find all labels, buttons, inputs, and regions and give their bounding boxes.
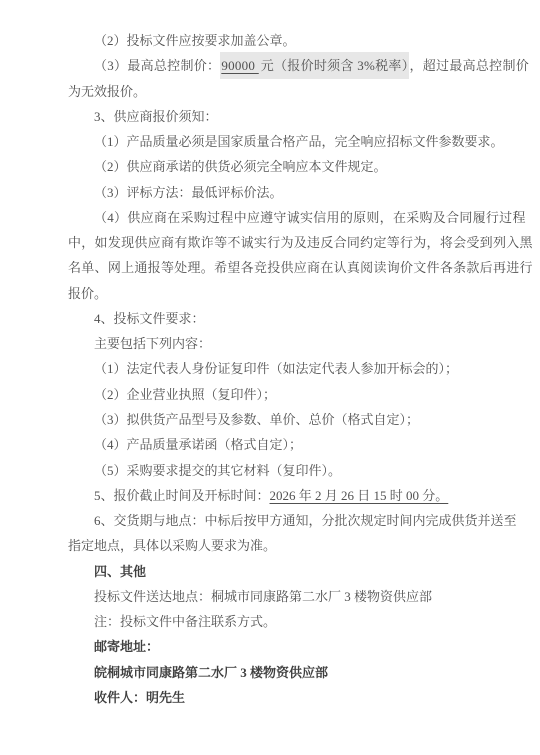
text-line: 名单、网上通报等处理。希望各竞投供应商在认真阅读询价文件各条款后再进行	[68, 255, 534, 280]
text-line: （4）产品质量承诺函（格式自定）；	[68, 432, 534, 457]
text-segment: （1）产品质量必须是国家质量合格产品，完全响应招标文件参数要求。	[94, 134, 504, 149]
text-line: 3、供应商报价须知：	[68, 104, 534, 129]
text-line: 6、交货期与地点：中标后按甲方通知，分批次规定时间内完成供货并送至	[68, 508, 534, 533]
highlighted-text: 元（报价时须含 3%税率）	[260, 52, 410, 79]
text-segment: 主要包括下列内容：	[94, 336, 211, 351]
text-line: 5、报价截止时间及开标时间：2026 年 2 月 26 日 15 时 00 分。	[68, 483, 534, 508]
text-line: （5）采购要求提交的其它材料（复印件）。	[68, 458, 534, 483]
text-line: 邮寄地址：	[68, 634, 534, 659]
text-segment: （2）企业营业执照（复印件）；	[94, 387, 276, 402]
text-line: 收件人：明先生	[68, 685, 534, 710]
text-segment: （3）最高总控制价：	[94, 58, 220, 73]
text-segment: ，超过最高总控制价	[409, 58, 529, 73]
text-segment: 6、交货期与地点：中标后按甲方通知，分批次规定时间内完成供货并送至	[94, 513, 517, 528]
text-segment: 邮寄地址：	[94, 639, 159, 654]
text-line: （3）最高总控制价：90000 元（报价时须含 3%税率），超过最高总控制价	[68, 53, 534, 78]
text-line: 四、其他	[68, 559, 534, 584]
document-page: （2）投标文件应按要求加盖公章。（3）最高总控制价：90000 元（报价时须含 …	[0, 0, 540, 755]
text-segment: 中，如发现供应商有欺诈等不诚实行为及违反合同约定等行为，将会受到列入黑	[68, 235, 533, 250]
text-segment: 四、其他	[94, 564, 146, 579]
text-line: 注：投标文件中备注联系方式。	[68, 609, 534, 634]
text-line: （3）评标方法：最低评标价法。	[68, 180, 534, 205]
text-line: （3）拟供货产品型号及参数、单价、总价（格式自定）；	[68, 407, 534, 432]
text-segment: （1）法定代表人身份证复印件（如法定代表人参加开标会的）；	[94, 361, 458, 376]
text-line: 4、投标文件要求：	[68, 306, 534, 331]
text-line: （4）供应商在采购过程中应遵守诚实信用的原则，在采购及合同履行过程	[68, 205, 534, 230]
text-segment: （3）评标方法：最低评标价法。	[94, 185, 283, 200]
text-segment: （2）投标文件应按要求加盖公章。	[94, 33, 296, 48]
text-segment: 5、报价截止时间及开标时间：	[94, 488, 270, 503]
text-line: 指定地点，具体以采购人要求为准。	[68, 533, 534, 558]
text-segment: 皖桐城市同康路第二水厂 3 楼物资供应部	[94, 665, 328, 680]
text-line: 主要包括下列内容：	[68, 331, 534, 356]
text-segment: 报价。	[68, 286, 107, 301]
text-segment: （5）采购要求提交的其它材料（复印件）。	[94, 463, 341, 478]
text-line: 中，如发现供应商有欺诈等不诚实行为及违反合同约定等行为，将会受到列入黑	[68, 230, 534, 255]
text-line: （2）投标文件应按要求加盖公章。	[68, 28, 534, 53]
text-segment: 收件人：明先生	[94, 690, 185, 705]
text-segment: （4）产品质量承诺函（格式自定）；	[94, 437, 302, 452]
text-line: 报价。	[68, 281, 534, 306]
text-line: （1）法定代表人身份证复印件（如法定代表人参加开标会的）；	[68, 356, 534, 381]
text-segment: （3）拟供货产品型号及参数、单价、总价（格式自定）；	[94, 412, 419, 427]
text-segment: 为无效报价。	[68, 84, 146, 99]
text-segment: （4）供应商在采购过程中应遵守诚实信用的原则，在采购及合同履行过程	[94, 210, 526, 225]
underlined-text: 2026 年 2 月 26 日 15 时 00 分。	[270, 488, 449, 503]
text-line: 为无效报价。	[68, 79, 534, 104]
text-segment: 指定地点，具体以采购人要求为准。	[68, 538, 276, 553]
text-segment: 3、供应商报价须知：	[94, 109, 218, 124]
text-segment: 投标文件送达地点：桐城市同康路第二水厂 3 楼物资供应部	[94, 589, 432, 604]
text-line: 皖桐城市同康路第二水厂 3 楼物资供应部	[68, 660, 534, 685]
text-line: 投标文件送达地点：桐城市同康路第二水厂 3 楼物资供应部	[68, 584, 534, 609]
text-line: （2）供应商承诺的供货必须完全响应本文件规定。	[68, 154, 534, 179]
text-line: （2）企业营业执照（复印件）；	[68, 382, 534, 407]
text-segment: 名单、网上通报等处理。希望各竞投供应商在认真阅读询价文件各条款后再进行	[68, 260, 533, 275]
text-segment: （2）供应商承诺的供货必须完全响应本文件规定。	[94, 159, 387, 174]
highlighted-text: 90000	[220, 52, 259, 79]
text-line: （1）产品质量必须是国家质量合格产品，完全响应招标文件参数要求。	[68, 129, 534, 154]
text-segment: 注：投标文件中备注联系方式。	[94, 614, 276, 629]
text-segment: 4、投标文件要求：	[94, 311, 205, 326]
